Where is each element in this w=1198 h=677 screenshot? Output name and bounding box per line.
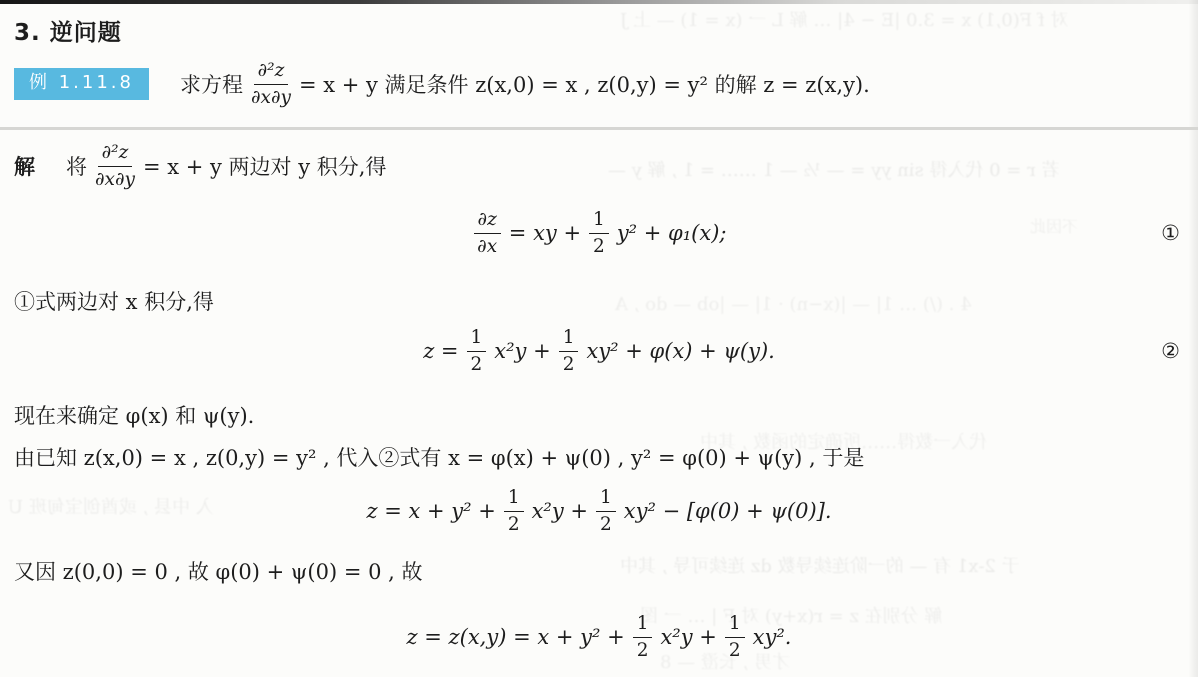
textbook-page: 对 f F(0,1) x = 3.0 |E − 4| … 解 L 一 (x = … bbox=[0, 0, 1198, 677]
solution-step-2: ①式两边对 x 积分,得 bbox=[14, 286, 214, 316]
equation-term: xy² + φ(x) + ψ(y). bbox=[586, 339, 774, 363]
equation-2: z = 1 2 x²y + 1 2 xy² + φ(x) + ψ(y). ② bbox=[0, 318, 1198, 384]
equation-term: x²y + bbox=[494, 339, 550, 363]
equation-term: x²y + bbox=[660, 625, 716, 649]
solution-step-4: 由已知 z(x,0) = x , z(0,y) = y² , 代入②式有 x =… bbox=[14, 442, 864, 472]
one-half-fraction: 1 2 bbox=[504, 486, 524, 535]
partial-derivative-fraction: ∂²z ∂x∂y bbox=[251, 59, 291, 108]
fraction-numerator: 1 bbox=[725, 612, 745, 637]
fraction-numerator: ∂²z bbox=[98, 141, 133, 166]
solve-label: 解 bbox=[14, 151, 35, 181]
fraction-numerator: 1 bbox=[633, 612, 653, 637]
equation-number-2: ② bbox=[1161, 339, 1180, 363]
one-half-fraction: 1 2 bbox=[725, 612, 745, 661]
bleedthrough-text: 于 2-x1 有 — 的一阶连续导数 dz 连续可导 , 其中 bbox=[620, 552, 1020, 578]
fraction-numerator: 1 bbox=[559, 326, 579, 351]
bleedthrough-text: 若 r = 0 代入得 sin yy = — ½ — 1 …… = 1 , 解 … bbox=[608, 156, 1059, 182]
one-half-fraction: 1 2 bbox=[596, 486, 616, 535]
equation-term: xy² − [φ(0) + ψ(0)]. bbox=[624, 499, 832, 523]
equation-term: z = z(x,y) = x + y² + bbox=[407, 625, 625, 649]
equation-3: z = x + y² + 1 2 x²y + 1 2 xy² − [φ(0) +… bbox=[0, 478, 1198, 544]
solution-step-5: 又因 z(0,0) = 0 , 故 φ(0) + ψ(0) = 0 , 故 bbox=[14, 556, 422, 586]
one-half-fraction: 1 2 bbox=[633, 612, 653, 661]
fraction-numerator: ∂z bbox=[474, 208, 501, 233]
equation-term: z = x + y² + bbox=[366, 499, 495, 523]
fraction-denominator: 2 bbox=[637, 638, 649, 662]
fraction-denominator: ∂x∂y bbox=[95, 167, 135, 191]
fraction-denominator: 2 bbox=[600, 512, 612, 536]
solution-step-3: 现在来确定 φ(x) 和 ψ(y). bbox=[14, 400, 254, 430]
step1-suffix: = x + y 两边对 y 积分,得 bbox=[143, 151, 387, 181]
fraction-denominator: ∂x bbox=[477, 234, 497, 258]
equation-4-final-answer: z = z(x,y) = x + y² + 1 2 x²y + 1 2 xy². bbox=[0, 604, 1198, 670]
scan-top-edge bbox=[0, 0, 1198, 4]
one-half-fraction: 1 2 bbox=[467, 326, 487, 375]
problem-suffix: = x + y 满足条件 z(x,0) = x , z(0,y) = y² 的解… bbox=[299, 69, 870, 99]
fraction-numerator: ∂²z bbox=[254, 59, 289, 84]
fraction-denominator: 2 bbox=[471, 352, 483, 376]
equation-1: ∂z ∂x = xy + 1 2 y² + φ₁(x); ① bbox=[0, 200, 1198, 266]
solution-step-1: 解 将 ∂²z ∂x∂y = x + y 两边对 y 积分,得 bbox=[14, 134, 389, 198]
fraction-denominator: 2 bbox=[563, 352, 575, 376]
fraction-denominator: 2 bbox=[729, 638, 741, 662]
section-heading: 3. 逆问题 bbox=[14, 14, 122, 47]
fraction-denominator: ∂x∂y bbox=[251, 85, 291, 109]
fraction-numerator: 1 bbox=[504, 486, 524, 511]
example-badge: 例 1.11.8 bbox=[14, 68, 149, 100]
one-half-fraction: 1 2 bbox=[589, 208, 609, 257]
equation-term: y² + φ₁(x); bbox=[617, 221, 727, 245]
section-divider bbox=[0, 127, 1198, 130]
bleedthrough-text: 对 f F(0,1) x = 3.0 |E − 4| … 解 L 一 (x = … bbox=[620, 6, 1068, 32]
one-half-fraction: 1 2 bbox=[559, 326, 579, 375]
dz-dx-fraction: ∂z ∂x bbox=[474, 208, 501, 257]
problem-statement-row: 例 1.11.8 求方程 ∂²z ∂x∂y = x + y 满足条件 z(x,0… bbox=[14, 54, 1190, 114]
fraction-numerator: 1 bbox=[589, 208, 609, 233]
fraction-denominator: 2 bbox=[508, 512, 520, 536]
problem-prefix: 求方程 bbox=[180, 69, 243, 99]
equation-term: z = bbox=[423, 339, 458, 363]
bleedthrough-text: 4 . (/) … 1| — |(x−n) · 1| — |ob — do , … bbox=[615, 294, 972, 315]
equation-term: x²y + bbox=[532, 499, 588, 523]
equation-term: xy². bbox=[753, 625, 792, 649]
partial-derivative-fraction: ∂²z ∂x∂y bbox=[95, 141, 135, 190]
fraction-numerator: 1 bbox=[467, 326, 487, 351]
step1-prefix: 将 bbox=[66, 151, 87, 181]
equation-term: = xy + bbox=[509, 221, 581, 245]
equation-number-1: ① bbox=[1161, 221, 1180, 245]
fraction-denominator: 2 bbox=[593, 234, 605, 258]
fraction-numerator: 1 bbox=[596, 486, 616, 511]
